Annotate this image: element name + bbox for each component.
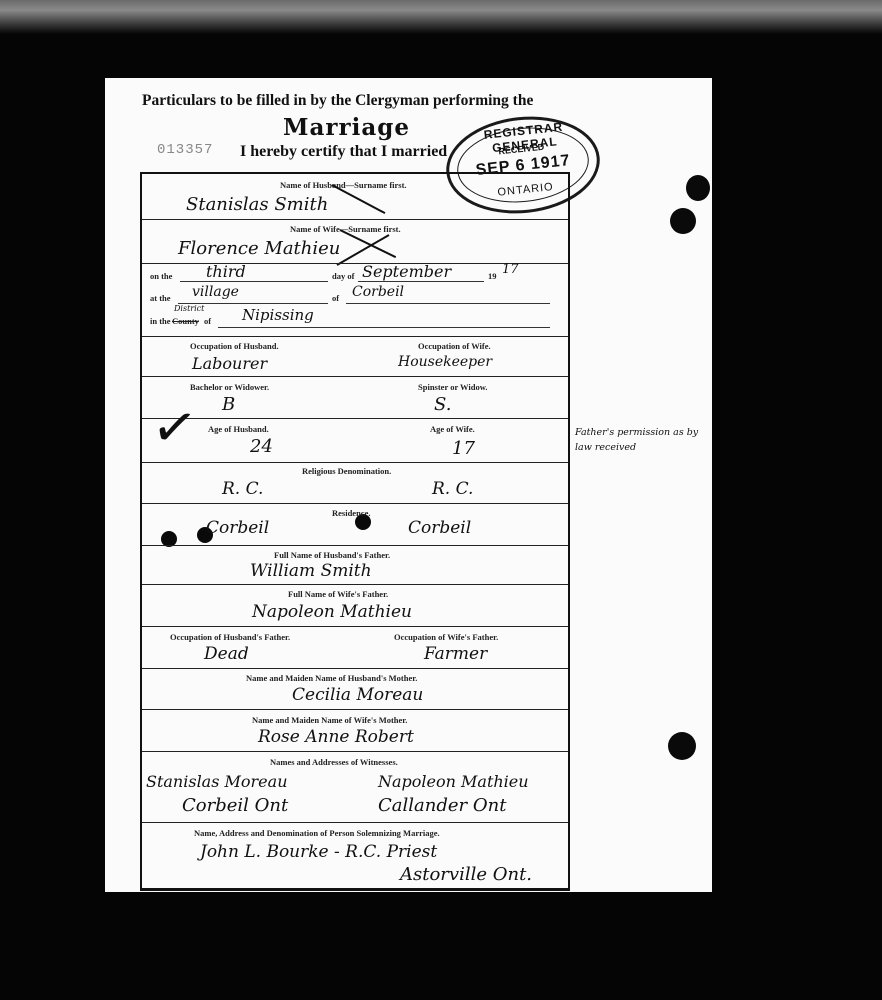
row-divider: [142, 545, 568, 546]
residence-husband-value: Corbeil: [206, 518, 269, 538]
place-underline: [346, 303, 550, 304]
in-the-label: in the: [150, 316, 171, 326]
husband-mother-label: Name and Maiden Name of Husband's Mother…: [246, 673, 417, 683]
form-title: Marriage: [283, 114, 410, 141]
spinster-label: Spinster or Widow.: [418, 382, 488, 392]
punch-hole: [686, 175, 710, 201]
punch-hole: [670, 208, 696, 234]
wife-mother-label: Name and Maiden Name of Wife's Mother.: [252, 715, 407, 725]
at-the-label: at the: [150, 293, 171, 303]
witness1-name: Stanislas Moreau: [146, 772, 288, 791]
spinster-value: S.: [434, 394, 451, 415]
row-divider: [142, 626, 568, 627]
husband-name-label: Name of Husband—Surname first.: [280, 180, 407, 190]
county-underline: [218, 327, 550, 328]
witness1-address: Corbeil Ont: [182, 795, 288, 816]
age-husband-label: Age of Husband.: [208, 424, 269, 434]
of-label: of: [332, 293, 339, 303]
religion-wife-value: R. C.: [432, 479, 473, 499]
month-underline: [358, 281, 484, 282]
bachelor-value: B: [222, 394, 235, 415]
wife-name-value: Florence Mathieu: [178, 238, 340, 259]
wife-father-label: Full Name of Wife's Father.: [288, 589, 388, 599]
district-correction: District: [174, 304, 204, 313]
serial-number: 013357: [157, 142, 213, 158]
punch-hole: [668, 732, 696, 760]
bachelor-label: Bachelor or Widower.: [190, 382, 269, 392]
occ-wife-label: Occupation of Wife.: [418, 341, 491, 351]
year-prefix: 19: [488, 271, 497, 281]
row-divider: [142, 584, 568, 585]
officiant-name: John L. Bourke - R.C. Priest: [200, 842, 437, 862]
wife-father-value: Napoleon Mathieu: [252, 602, 412, 622]
residence-label: Residence.: [332, 508, 370, 518]
officiant-label: Name, Address and Denomination of Person…: [194, 828, 440, 838]
row-divider: [142, 418, 568, 419]
row-divider: [142, 376, 568, 377]
religion-label: Religious Denomination.: [302, 466, 391, 476]
on-the-label: on the: [150, 271, 172, 281]
row-divider: [142, 462, 568, 463]
age-husband-value: 24: [250, 436, 273, 457]
place-type-value: village: [192, 284, 239, 300]
row-divider: [142, 503, 568, 504]
occ-wife-value: Housekeeper: [398, 354, 492, 370]
religion-husband-value: R. C.: [222, 479, 263, 499]
officiant-address: Astorville Ont.: [400, 864, 532, 885]
margin-note-line1: Father's permission as by: [575, 425, 705, 440]
age-wife-value: 17: [452, 438, 475, 459]
row-divider: [142, 822, 568, 823]
occ-husband-value: Labourer: [192, 354, 267, 373]
row-divider: [142, 751, 568, 752]
place-value: Corbeil: [352, 284, 404, 300]
witness2-address: Callander Ont: [378, 795, 506, 816]
wife-mother-value: Rose Anne Robert: [258, 727, 414, 747]
occ-wife-father-label: Occupation of Wife's Father.: [394, 632, 498, 642]
occ-husband-father-value: Dead: [204, 644, 249, 664]
form-instructions: Particulars to be filled in by the Clerg…: [142, 92, 582, 110]
row-divider: [142, 336, 568, 337]
marriage-form: Name of Husband—Surname first. Stanislas…: [140, 172, 570, 891]
verification-checkmark: ✓: [148, 393, 202, 462]
county-label-struck: County: [172, 316, 199, 326]
margin-annotation: Father's permission as by law received: [575, 425, 705, 455]
husband-father-value: William Smith: [250, 561, 372, 581]
occ-husband-father-label: Occupation of Husband's Father.: [170, 632, 290, 642]
husband-father-label: Full Name of Husband's Father.: [274, 550, 390, 560]
husband-name-value: Stanislas Smith: [186, 194, 328, 215]
day-underline: [180, 281, 328, 282]
witnesses-label: Names and Addresses of Witnesses.: [270, 757, 398, 767]
scanner-top-band: [0, 0, 882, 34]
certify-statement: I hereby certify that I married: [240, 143, 447, 161]
day-value: third: [206, 262, 246, 281]
row-divider: [142, 668, 568, 669]
month-value: September: [362, 262, 451, 281]
day-of-label: day of: [332, 271, 354, 281]
witness2-name: Napoleon Mathieu: [378, 772, 529, 791]
row-divider: [142, 219, 568, 220]
occ-husband-label: Occupation of Husband.: [190, 341, 279, 351]
row-divider: [142, 709, 568, 710]
year-suffix: 17: [502, 262, 519, 277]
county-value: Nipissing: [242, 306, 314, 324]
occ-wife-father-value: Farmer: [424, 644, 487, 664]
county-of-label: of: [204, 316, 211, 326]
age-wife-label: Age of Wife.: [430, 424, 475, 434]
margin-note-line2: law received: [575, 440, 705, 455]
husband-mother-value: Cecilia Moreau: [292, 685, 423, 705]
residence-wife-value: Corbeil: [408, 518, 471, 538]
